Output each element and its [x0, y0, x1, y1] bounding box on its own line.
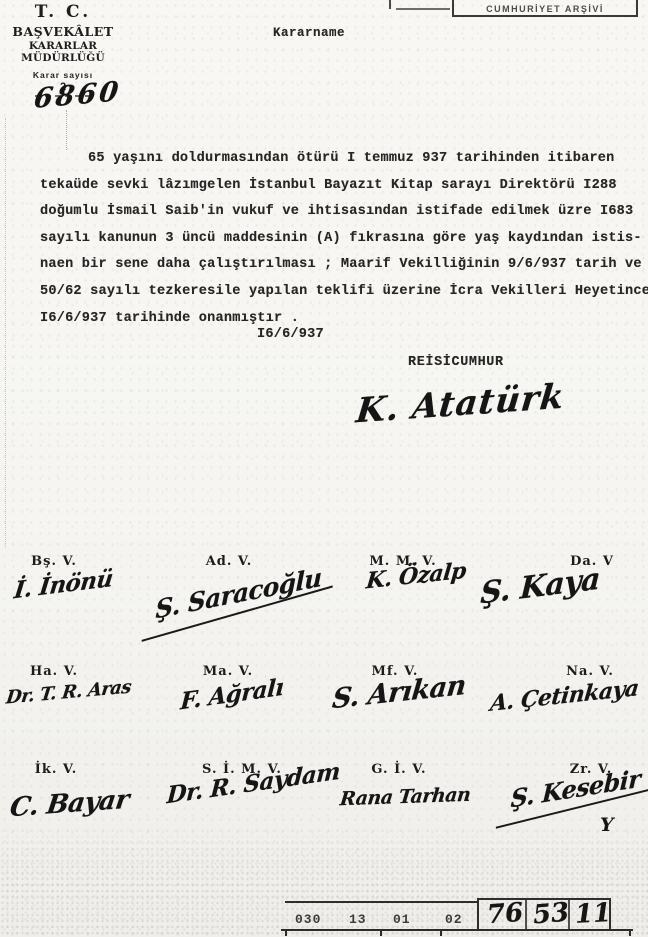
- minister-signature: A. Çetinkaya: [489, 675, 640, 717]
- archive-code-value: 01: [393, 912, 411, 927]
- body-line: doğumlu İsmail Saib'in vukuf ve ihtisası…: [40, 199, 646, 226]
- scanned-decree-page: CUMHURİYET ARŞİVİ T. C. BAŞVEKÂLET KARAR…: [0, 0, 648, 937]
- archive-code-handwritten: 76: [486, 898, 524, 930]
- minister-cell: Ma. V. F. Ağralı: [168, 664, 288, 679]
- minister-signature: C. Bayar: [8, 785, 131, 824]
- minister-cell: Bş. V. İ. İnönü: [8, 554, 100, 569]
- minister-cell: Zr. V. Ş. Kesebir Y: [528, 762, 648, 777]
- letterhead-org-line2: KARARLAR MÜDÜRLÜĞÜ: [0, 40, 126, 64]
- minister-signature: Dr. T. R. Aras: [5, 676, 132, 708]
- signature-mark: Y: [600, 814, 614, 836]
- minister-cell: Mf. V. S. Arıkan: [332, 664, 458, 679]
- minister-cell: Na. V. A. Çetinkaya: [524, 664, 648, 679]
- minister-cell: İk. V. C. Bayar: [12, 762, 100, 777]
- dotted-artifact: [66, 110, 67, 150]
- letterhead-tc: T. C.: [0, 2, 126, 22]
- president-title: REİSİCUMHUR: [408, 355, 504, 370]
- body-line: tekaüde sevki lâzımgelen İstanbul Bayazı…: [40, 173, 646, 200]
- body-line: I6/6/937 tarihinde onanmıştır .: [40, 306, 646, 333]
- archive-code-handwritten: 11: [574, 898, 612, 930]
- decree-body: 65 yaşını doldurmasından ötürü I temmuz …: [40, 146, 646, 332]
- strip-tick: [380, 930, 382, 936]
- scan-edge-artifact: [5, 118, 6, 548]
- archive-code-typed-section: 030 13 01 02: [285, 901, 477, 930]
- archive-code-value: 02: [445, 912, 463, 927]
- minister-cell: G. İ. V. Rana Tarhan: [342, 762, 456, 777]
- document-type-title: Kararname: [273, 26, 345, 40]
- stamp-underscore: [396, 8, 450, 10]
- archive-stamp-box: CUMHURİYET ARŞİVİ: [452, 0, 638, 17]
- strip-tick: [629, 930, 631, 936]
- minister-signature: Rana Tarhan: [339, 784, 472, 811]
- minister-cell: Da. V Ş. Kaya: [528, 554, 648, 569]
- minister-cell: M. M. V. K. Özalp: [336, 554, 470, 569]
- minister-signature: Ş. Kaya: [480, 561, 601, 611]
- handwritten-register-number: 6860: [32, 76, 123, 115]
- minister-cell: S. İ. M. V. Dr. R. Saydam: [178, 762, 306, 777]
- stamp-box-edge: [389, 0, 391, 9]
- minister-cell: Ad. V. Ş. Saracoğlu: [160, 554, 298, 569]
- strip-tick: [440, 930, 442, 936]
- minister-label: G. İ. V.: [342, 762, 456, 777]
- minister-label: Ha. V.: [10, 664, 98, 679]
- strip-tick: [285, 930, 287, 936]
- minister-signature: İ. İnönü: [13, 565, 115, 605]
- minister-signature: Ş. Saracoğlu: [155, 563, 322, 625]
- minister-label: Bş. V.: [8, 554, 100, 569]
- minister-cell: Ha. V. Dr. T. R. Aras: [10, 664, 98, 679]
- minister-label: İk. V.: [12, 762, 100, 777]
- archive-stamp-text: CUMHURİYET ARŞİVİ: [454, 4, 636, 14]
- minister-label: Ad. V.: [160, 554, 298, 569]
- archive-code-handwritten: 53: [532, 897, 571, 930]
- body-line: sayılı kanunun 3 üncü maddesinin (A) fık…: [40, 226, 646, 253]
- archive-code-value: 030: [295, 912, 321, 927]
- cell-divider: [525, 900, 527, 930]
- minister-signature: F. Ağralı: [180, 673, 285, 715]
- body-line: naen bir sene daha çalıştırılması ; Maar…: [40, 252, 646, 279]
- body-line: 65 yaşını doldurmasından ötürü I temmuz …: [40, 146, 646, 173]
- letterhead-org-line1: BAŞVEKÂLET: [0, 24, 126, 39]
- archive-code-handwritten-section: 76 53 11: [477, 898, 611, 930]
- body-line: 50/62 sayılı tezkeresile yapılan teklifi…: [40, 279, 646, 306]
- president-signature: K. Atatürk: [354, 377, 566, 432]
- archive-code-value: 13: [349, 912, 367, 927]
- decision-date: I6/6/937: [257, 327, 324, 342]
- strip-bottom-rule: [281, 929, 633, 931]
- archive-code-strip: 030 13 01 02 76 53 11: [281, 897, 633, 935]
